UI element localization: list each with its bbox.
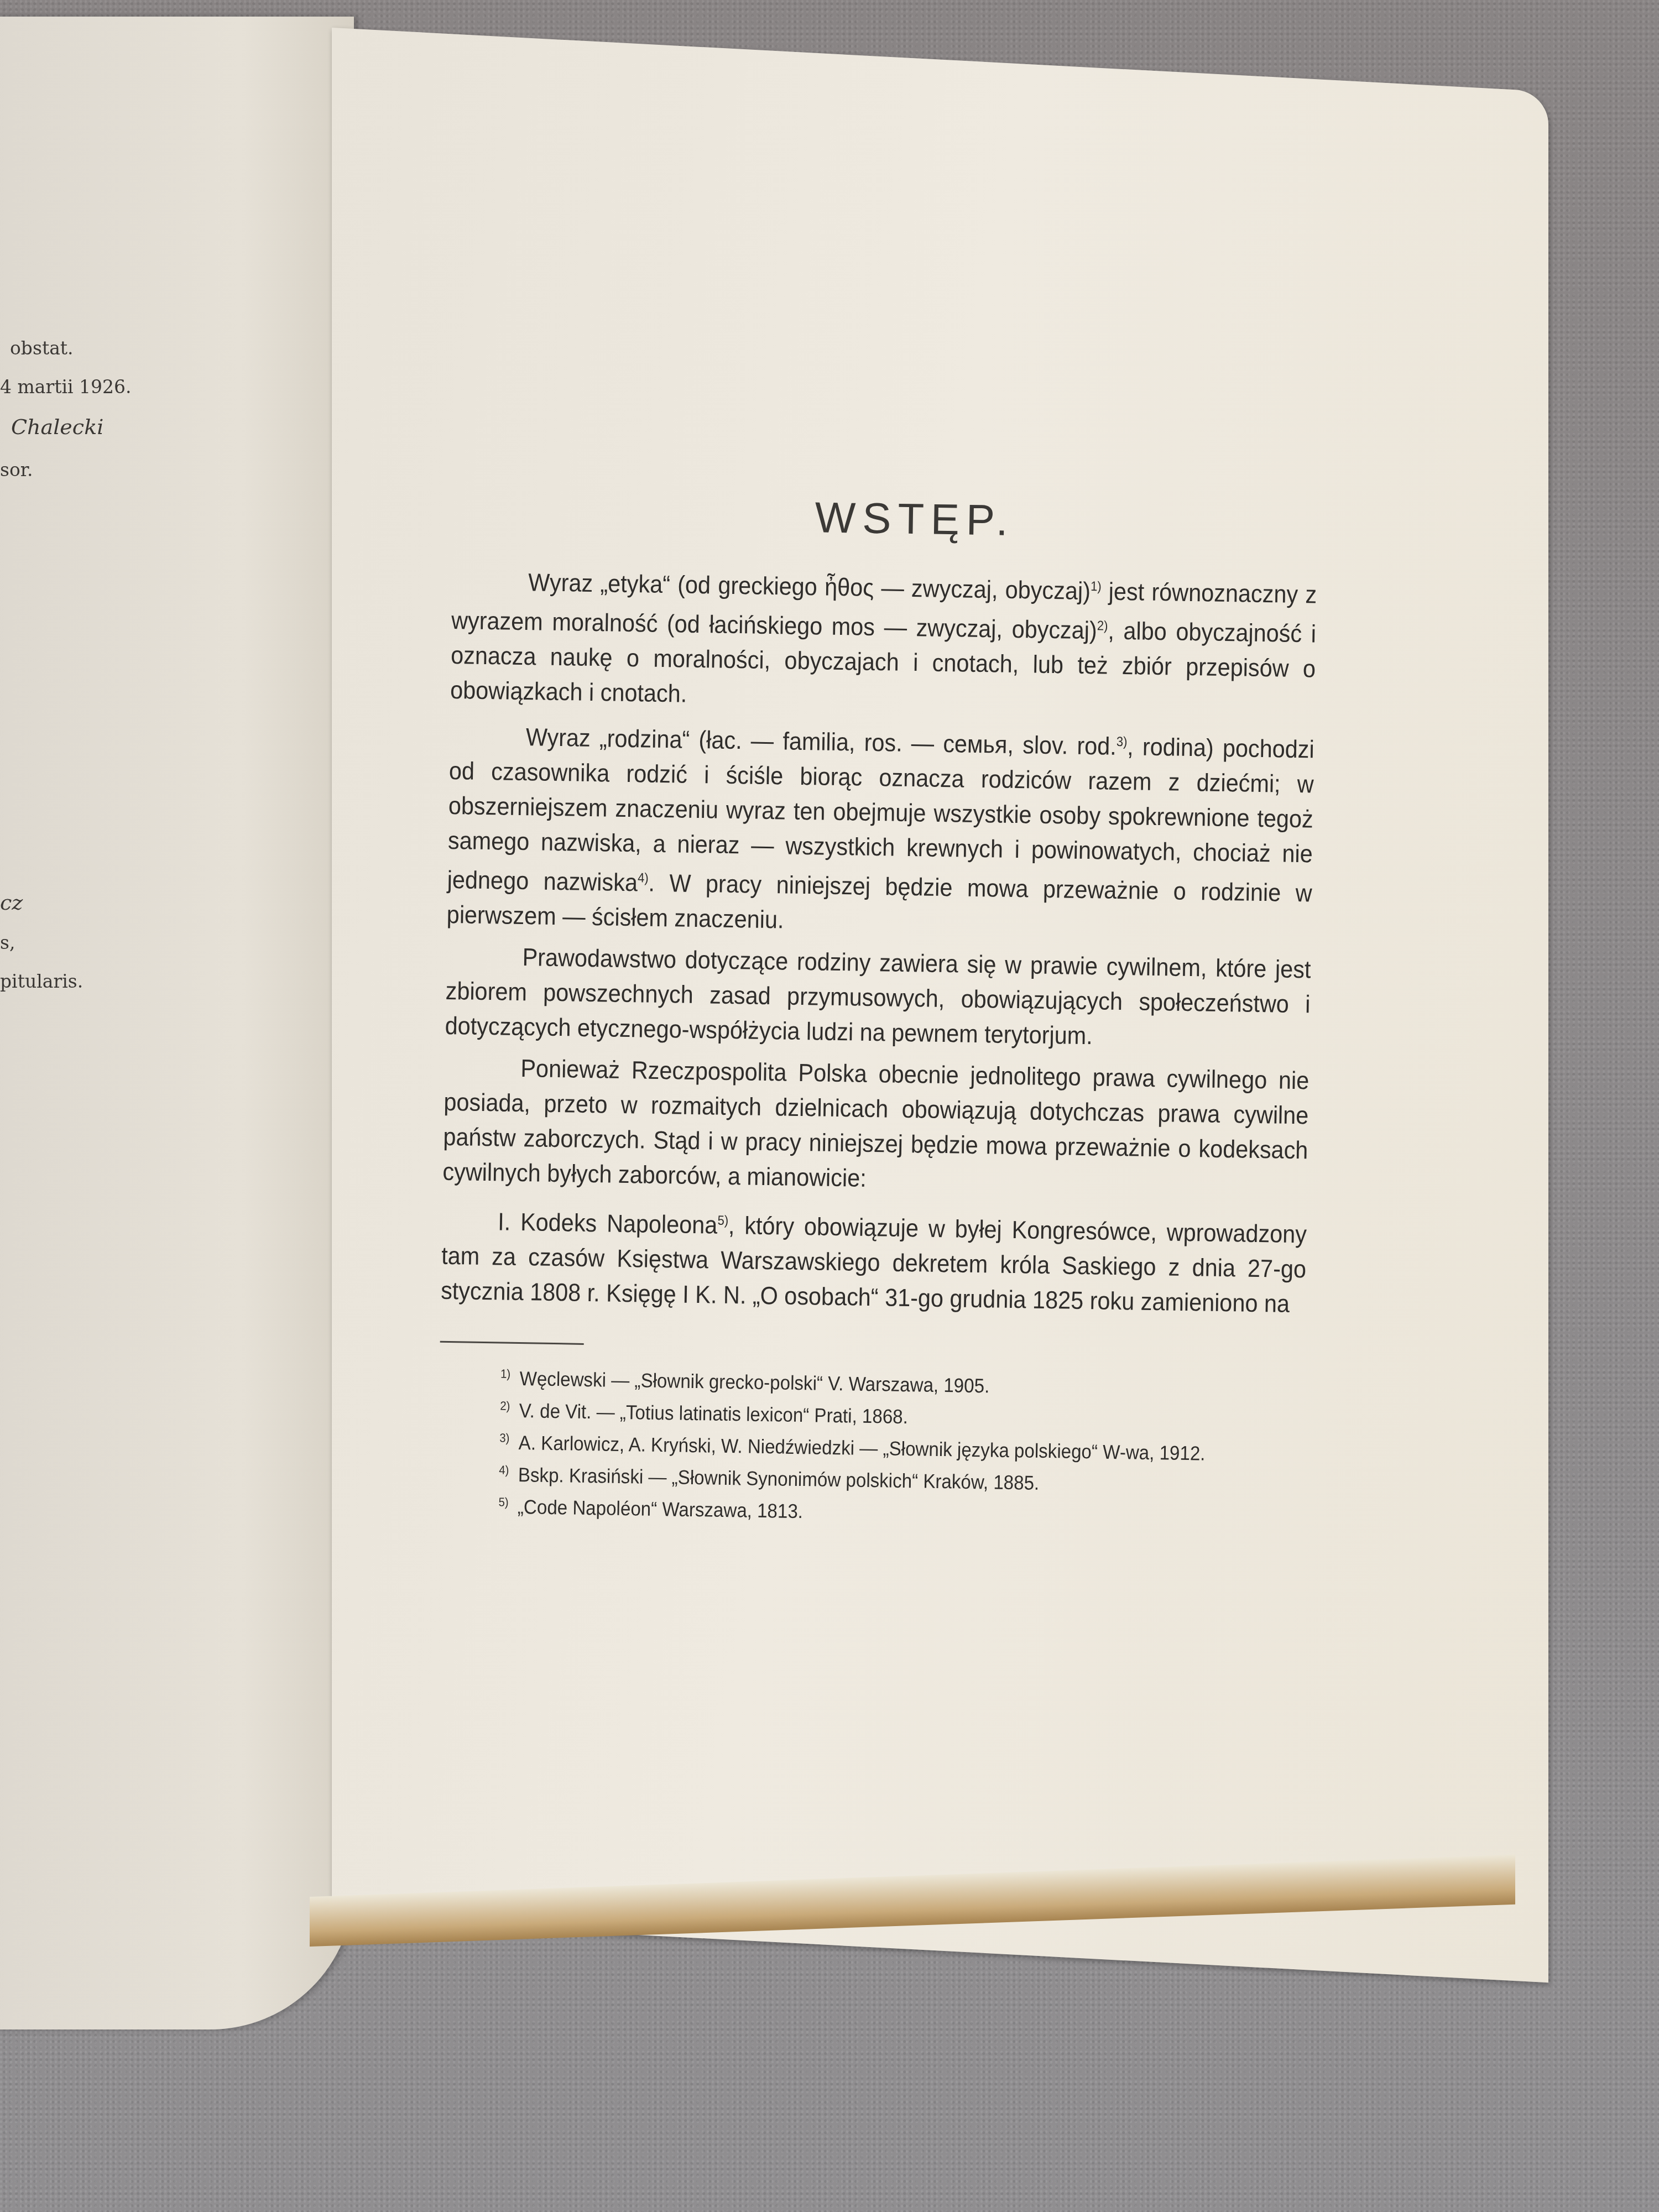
paragraph-etyka: Wyraz „etyka“ (od greckiego ἦθος — zwycz…: [450, 559, 1317, 721]
left-page-line: Chalecki: [11, 415, 103, 439]
left-page-line: pitularis.: [0, 971, 83, 992]
text-run: Wyraz „etyka“ (od greckiego ἦθος — zwycz…: [528, 568, 1091, 605]
footnote-ref: 2): [1097, 618, 1108, 633]
footnote-text: V. de Vit. — „Totius latinatis lexicon“ …: [519, 1399, 908, 1428]
paragraph-rodzina: Wyraz „rodzina“ (łac. — familia, ros. — …: [446, 714, 1314, 946]
list-item-kodeks-napoleona: I. Kodeks Napoleona5), który obowiązuje …: [441, 1199, 1307, 1322]
text-run: I. Kodeks Napoleona: [498, 1207, 718, 1239]
footnote-text: Węclewski — „Słownik grecko-polski“ V. W…: [519, 1367, 989, 1397]
left-page-line: 4 martii 1926.: [0, 376, 132, 398]
footnote-ref: 1): [1091, 579, 1102, 594]
paragraph-prawodawstwo: Prawodawstwo dotyczące rodziny zawiera s…: [445, 938, 1311, 1057]
left-page-line: obstat.: [10, 337, 74, 359]
text-run: Wyraz „rodzina“ (łac. — familia, ros. — …: [526, 723, 1117, 760]
page-content: WSTĘP. Wyraz „etyka“ (od greckiego ἦθος …: [437, 487, 1316, 1533]
footnote-divider: [440, 1341, 584, 1345]
footnote-ref: 5): [717, 1213, 728, 1228]
paragraph-rzeczpospolita: Ponieważ Rzeczpospolita Polska obecnie j…: [442, 1050, 1310, 1203]
left-page-line: sor.: [0, 459, 33, 481]
footnote-ref: 4): [638, 870, 649, 885]
footnote-mark: 1): [500, 1367, 510, 1381]
left-page: obstat. 4 martii 1926. Chalecki sor. cz …: [0, 17, 354, 2030]
left-page-line: s,: [0, 932, 15, 953]
footnote-ref: 3): [1117, 734, 1128, 749]
text-run: Prawodawstwo dotyczące rodziny zawiera s…: [445, 943, 1311, 1050]
footnote-mark: 4): [499, 1463, 509, 1477]
left-page-line: cz: [0, 890, 23, 915]
footnote-mark: 5): [498, 1495, 508, 1509]
footnotes: 1)Węclewski — „Słownik grecko-polski“ V.…: [437, 1359, 1305, 1533]
footnote-text: „Code Napoléon“ Warszawa, 1813.: [518, 1495, 804, 1522]
footnote-mark: 3): [499, 1431, 509, 1445]
text-run: Ponieważ Rzeczpospolita Polska obecnie j…: [442, 1054, 1310, 1192]
footnote-mark: 2): [500, 1399, 510, 1413]
